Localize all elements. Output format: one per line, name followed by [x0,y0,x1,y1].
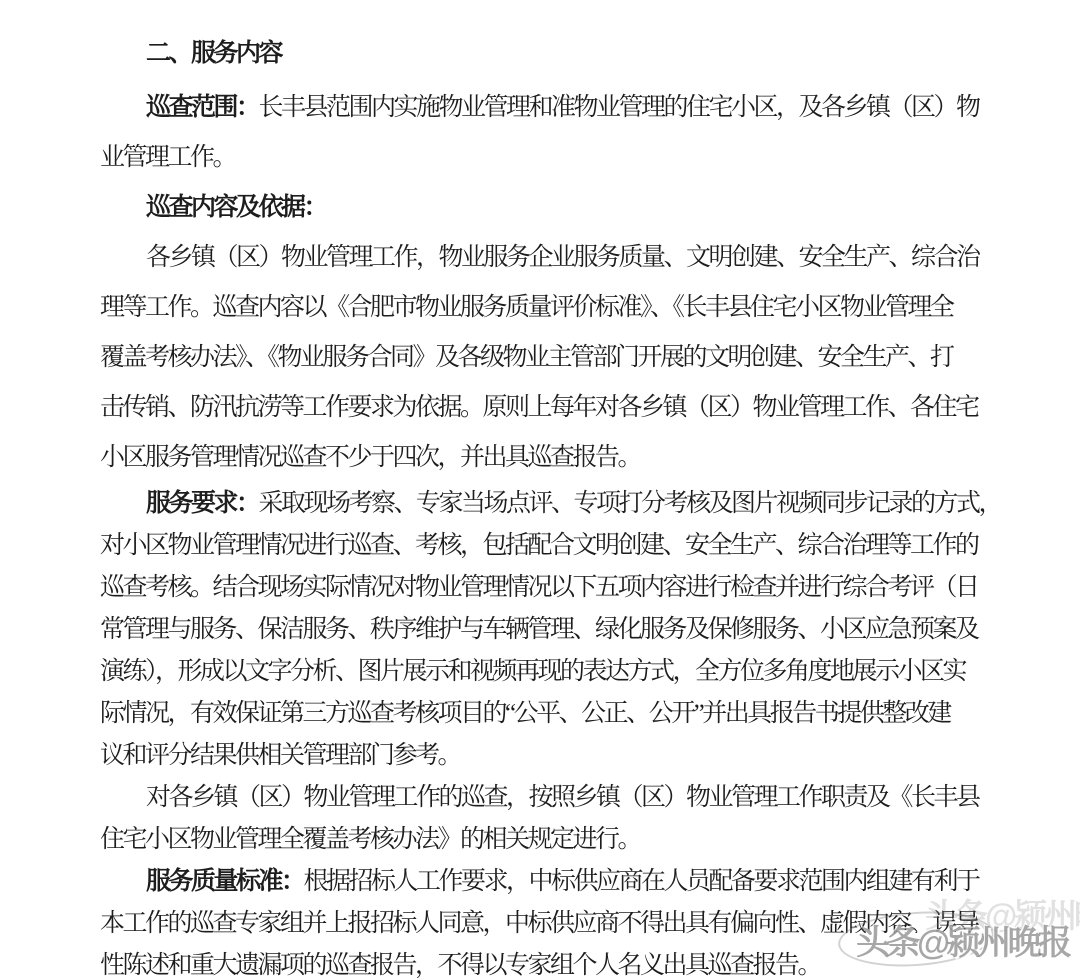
section-heading: 二、服务内容 [100,24,1000,82]
text-line: 演练），形成以文字分析、图片展示和视频再现的表达方式，全方位多角度地展示小区实 [100,650,1000,692]
document-body: 二、服务内容 巡查范围：长丰县范围内实施物业管理和准物业管理的住宅小区，及各乡镇… [100,24,1000,979]
line-bold-lead: 巡查范围： [146,93,259,121]
line-text: 各乡镇（区）物业管理工作，物业服务企业服务质量、文明创建、安全生产、综合治 [146,244,979,271]
text-line: 业管理工作。 [100,132,1000,182]
line-text: 际情况，有效保证第三方巡查考核项目的“公平、公正、公开”并出具报告书提供整改建 [100,700,950,727]
text-line: 覆盖考核办法》、《物业服务合同》及各级物业主管部门开展的文明创建、安全生产、打 [100,332,1000,382]
line-text: 巡查考核。结合现场实际情况对物业管理情况以下五项内容进行检查并进行综合考评（日 [100,574,978,601]
line-bold-lead: 巡查内容及依据： [146,193,326,221]
line-text: 小区服务管理情况巡查不少于四次，并出具巡查报告。 [100,444,640,471]
text-line: 巡查范围：长丰县范围内实施物业管理和准物业管理的住宅小区，及各乡镇（区）物 [100,82,1000,132]
line-text: 本工作的巡查专家组并上报招标人同意，中标供应商不得出具有偏向性、虚假内容、误导 [100,910,978,937]
line-text: 根据招标人工作要求，中标供应商在人员配备要求范围内组建有利于 [304,868,979,895]
line-text: 理等工作。巡查内容以《合肥市物业服务质量评价标准》、《长丰县住宅小区物业管理全 [100,294,953,321]
text-line: 际情况，有效保证第三方巡查考核项目的“公平、公正、公开”并出具报告书提供整改建 [100,692,1000,734]
line-text: 击传销、防汛抗涝等工作要求为依据。原则上每年对各乡镇（区）物业管理工作、各住宅 [100,394,978,421]
line-bold-lead: 服务质量标准： [146,867,304,895]
text-line: 议和评分结果供相关管理部门参考。 [100,734,1000,776]
text-line: 巡查考核。结合现场实际情况对物业管理情况以下五项内容进行检查并进行综合考评（日 [100,566,1000,608]
text-line: 小区服务管理情况巡查不少于四次，并出具巡查报告。 [100,432,1000,482]
line-text: 对各乡镇（区）物业管理工作的巡查，按照乡镇（区）物业管理工作职责及《长丰县 [146,784,979,811]
text-line: 常管理与服务、保洁服务、秩序维护与车辆管理、绿化服务及保修服务、小区应急预案及 [100,608,1000,650]
text-line: 对各乡镇（区）物业管理工作的巡查，按照乡镇（区）物业管理工作职责及《长丰县 [100,776,1000,818]
line-text: 住宅小区物业管理全覆盖考核办法》的相关规定进行。 [100,826,640,853]
line-text: 对小区物业管理情况进行巡查、考核，包括配合文明创建、安全生产、综合治理等工作的 [100,532,978,559]
line-text: 业管理工作。 [100,144,235,171]
line-text: 性陈述和重大遗漏项的巡查报告，不得以专家组个人名义出具巡查报告。 [100,952,820,979]
line-text: 采取现场考察、专家当场点评、专项打分考核及图片视频同步记录的方式， [259,490,1002,517]
text-line: 对小区物业管理情况进行巡查、考核，包括配合文明创建、安全生产、综合治理等工作的 [100,524,1000,566]
line-bold-lead: 服务要求： [146,489,259,517]
line-text: 议和评分结果供相关管理部门参考。 [100,742,460,769]
line-text: 演练），形成以文字分析、图片展示和视频再现的表达方式，全方位多角度地展示小区实 [100,658,965,685]
document-page: 二、服务内容 巡查范围：长丰县范围内实施物业管理和准物业管理的住宅小区，及各乡镇… [0,0,1080,979]
line-text: 常管理与服务、保洁服务、秩序维护与车辆管理、绿化服务及保修服务、小区应急预案及 [100,616,978,643]
text-line: 击传销、防汛抗涝等工作要求为依据。原则上每年对各乡镇（区）物业管理工作、各住宅 [100,382,1000,432]
heading-text: 二、服务内容 [146,39,281,67]
text-line: 理等工作。巡查内容以《合肥市物业服务质量评价标准》、《长丰县住宅小区物业管理全 [100,282,1000,332]
text-line: 本工作的巡查专家组并上报招标人同意，中标供应商不得出具有偏向性、虚假内容、误导 [100,902,1000,944]
text-line: 住宅小区物业管理全覆盖考核办法》的相关规定进行。 [100,818,1000,860]
sub-heading: 巡查内容及依据： [100,182,1000,232]
line-text: 覆盖考核办法》、《物业服务合同》及各级物业主管部门开展的文明创建、安全生产、打 [100,344,953,371]
text-line: 各乡镇（区）物业管理工作，物业服务企业服务质量、文明创建、安全生产、综合治 [100,232,1000,282]
text-line: 服务质量标准：根据招标人工作要求，中标供应商在人员配备要求范围内组建有利于 [100,860,1000,902]
line-text: 长丰县范围内实施物业管理和准物业管理的住宅小区，及各乡镇（区）物 [259,94,979,121]
text-line: 性陈述和重大遗漏项的巡查报告，不得以专家组个人名义出具巡查报告。 [100,944,1000,979]
text-line: 服务要求：采取现场考察、专家当场点评、专项打分考核及图片视频同步记录的方式， [100,482,1000,524]
